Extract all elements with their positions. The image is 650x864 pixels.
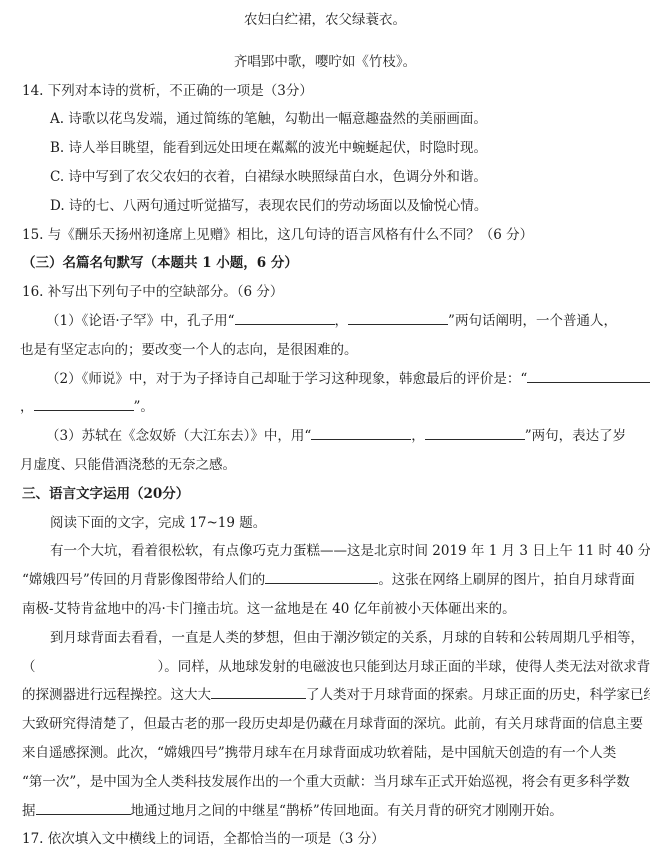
passage-paragraph-1-line-2: “嫦娥四号”传回的月背影像图带给人们的。这张在网络上刷屏的图片，拍自月球背面 (22, 566, 650, 595)
passage-paragraph-2-line-4: 大致研究得清楚了，但最古老的那一段历史却是仍藏在月球背面的深坑。此前，有关月球背… (22, 710, 650, 739)
answer-blank (34, 396, 134, 411)
poem-line-2: 齐唱郢中歌，嘤咛如《竹枝》。 (0, 48, 650, 77)
answer-blank (348, 310, 448, 325)
passage-text: （ (22, 659, 36, 675)
question-14-stem: 14. 下列对本诗的赏析，不正确的一项是（3分） (22, 77, 650, 106)
question-14-option-c: C. 诗中写到了农父农妇的衣着，白裙绿水映照绿苗白水，色调分外和谐。 (50, 163, 650, 192)
question-text: 17. 依次填入文中横线上的词语，全都恰当的一项是（3 分） (22, 831, 385, 847)
question-14-option-b: B. 诗人举目眺望，能看到远处田埂在粼粼的波光中蜿蜒起伏，时隐时现。 (50, 134, 650, 163)
item-text: ”两句，表达了岁 (525, 428, 626, 444)
passage-text: 来自遥感探测。此次，“嫦娥四号”携带月球车在月球背面成功软着陆，是中国航天创造的… (22, 745, 616, 761)
passage-text: “嫦娥四号”传回的月背影像图带给人们的 (22, 572, 265, 588)
question-16-stem: 16. 补写出下列句子中的空缺部分。（6 分） (22, 278, 650, 307)
section-header-dictation: （三）名篇名句默写（本题共 1 小题，6 分） (22, 249, 650, 278)
question-14-option-d: D. 诗的七、八两句通过听觉描写，表现农民们的劳动场面以及愉悦心情。 (50, 192, 650, 221)
item-text: （3）苏轼在《念奴娇（大江东去）》中，用“ (46, 428, 311, 444)
passage-paragraph-1-line-3: 南极-艾特肯盆地中的冯·卡门撞击坑。这一盆地是在 40 亿年前被小天体砸出来的。 (22, 595, 650, 624)
question-17-stem: 17. 依次填入文中横线上的词语，全都恰当的一项是（3 分） (22, 825, 650, 854)
passage-intro: 阅读下面的文字，完成 17~19 题。 (50, 509, 650, 538)
passage-text: 有一个大坑，看着很松软，有点像巧克力蛋糕——这是北京时间 2019 年 1 月 … (50, 543, 650, 559)
question-text: 14. 下列对本诗的赏析，不正确的一项是（3分） (22, 83, 313, 99)
passage-text: 。这张在网络上刷屏的图片，拍自月球背面 (378, 572, 635, 588)
poem-text: 齐唱郢中歌，嘤咛如《竹枝》。 (234, 54, 416, 70)
question-text: 15. 与《酬乐天扬州初逢席上见赠》相比，这几句诗的语言风格有什么不同？（6 分… (22, 227, 533, 243)
item-text: 也是有坚定志向的；要改变一个人的志向，是很困难的。 (20, 342, 358, 358)
section-title: （三）名篇名句默写（本题共 1 小题，6 分） (22, 255, 298, 271)
question-16-item-2-continuation: ，”。 (20, 393, 650, 422)
passage-text: 据 (22, 803, 36, 819)
answer-blank (527, 368, 650, 383)
passage-text: 的探测器进行远程操控。这大大 (22, 687, 211, 703)
question-16-item-1: （1）《论语·子罕》中，孔子用“，”两句话阐明，一个普通人， (46, 307, 650, 336)
answer-blank (425, 425, 525, 440)
passage-paragraph-2-line-5: 来自遥感探测。此次，“嫦娥四号”携带月球车在月球背面成功软着陆，是中国航天创造的… (22, 739, 650, 768)
item-text: ， (411, 428, 425, 444)
item-text: ”。 (134, 399, 154, 415)
question-16-item-1-continuation: 也是有坚定志向的；要改变一个人的志向，是很困难的。 (20, 336, 650, 365)
passage-paragraph-2-line-2: （）。同样，从地球发射的电磁波也只能到达月球正面的半球，使得人类无法对欲求背面 (22, 653, 650, 682)
section-title: 三、语言文字运用（20分） (22, 486, 189, 502)
option-text: C. 诗中写到了农父农妇的衣着，白裙绿水映照绿苗白水，色调分外和谐。 (50, 169, 487, 185)
poem-text: 农妇白纻裙，农父绿蓑衣。 (244, 12, 406, 28)
passage-text: 到月球背面去看看，一直是人类的梦想，但由于潮汐锁定的关系，月球的自转和公转周期几… (50, 630, 644, 646)
item-text: ”两句话阐明，一个普通人， (448, 313, 617, 329)
fill-in-blank (36, 800, 131, 815)
passage-text: 了人类对于月球背面的探索。月球正面的历史，科学家已经 (306, 687, 650, 703)
answer-blank (311, 425, 411, 440)
option-text: A. 诗歌以花鸟发端，通过简练的笔触，勾勒出一幅意趣盎然的美丽画面。 (50, 111, 487, 127)
poem-line-1: 农妇白纻裙，农父绿蓑衣。 (0, 6, 650, 35)
question-16-item-3: （3）苏轼在《念奴娇（大江东去）》中，用“，”两句，表达了岁 (46, 422, 650, 451)
question-text: 16. 补写出下列句子中的空缺部分。（6 分） (22, 284, 283, 300)
option-text: D. 诗的七、八两句通过听觉描写，表现农民们的劳动场面以及愉悦心情。 (50, 198, 487, 214)
passage-text: 大致研究得清楚了，但最古老的那一段历史却是仍藏在月球背面的深坑。此前，有关月球背… (22, 716, 643, 732)
question-16-item-3-continuation: 月虚度、只能借酒浇愁的无奈之感。 (20, 451, 650, 480)
exam-page: 农妇白纻裙，农父绿蓑衣。 齐唱郢中歌，嘤咛如《竹枝》。 14. 下列对本诗的赏析… (0, 0, 650, 864)
passage-paragraph-1-line-1: 有一个大坑，看着很松软，有点像巧克力蛋糕——这是北京时间 2019 年 1 月 … (50, 537, 650, 566)
question-16-item-2: （2）《师说》中，对于为子择诗自己却耻于学习这种现象，韩愈最后的评价是：“ (46, 365, 650, 394)
passage-text: ）。同样，从地球发射的电磁波也只能到达月球正面的半球，使得人类无法对欲求背面 (158, 659, 650, 675)
question-15-stem: 15. 与《酬乐天扬州初逢席上见赠》相比，这几句诗的语言风格有什么不同？（6 分… (22, 221, 650, 250)
item-text: （2）《师说》中，对于为子择诗自己却耻于学习这种现象，韩愈最后的评价是：“ (46, 371, 527, 387)
question-14-option-a: A. 诗歌以花鸟发端，通过简练的笔触，勾勒出一幅意趣盎然的美丽画面。 (50, 105, 650, 134)
item-text: （1）《论语·子罕》中，孔子用“ (46, 313, 235, 329)
passage-paragraph-2-line-3: 的探测器进行远程操控。这大大了人类对于月球背面的探索。月球正面的历史，科学家已经 (22, 681, 650, 710)
fill-in-blank (265, 569, 378, 584)
section-header-language-use: 三、语言文字运用（20分） (22, 480, 650, 509)
item-text: 月虚度、只能借酒浇愁的无奈之感。 (20, 457, 236, 473)
item-text: ， (335, 313, 349, 329)
fill-in-blank (211, 684, 306, 699)
item-text: ， (20, 399, 34, 415)
passage-text: 南极-艾特肯盆地中的冯·卡门撞击坑。这一盆地是在 40 亿年前被小天体砸出来的。 (22, 601, 516, 617)
passage-text: “第一次”，是中国为全人类科技发展作出的一个重大贡献：当月球车正式开始巡视，将会… (22, 774, 630, 790)
passage-paragraph-2-line-7: 据地通过地月之间的中继星“鹊桥”传回地面。有关月背的研究才刚刚开始。 (22, 797, 650, 826)
passage-paragraph-2-line-6: “第一次”，是中国为全人类科技发展作出的一个重大贡献：当月球车正式开始巡视，将会… (22, 768, 650, 797)
passage-text: 地通过地月之间的中继星“鹊桥”传回地面。有关月背的研究才刚刚开始。 (131, 803, 563, 819)
passage-paragraph-2-line-1: 到月球背面去看看，一直是人类的梦想，但由于潮汐锁定的关系，月球的自转和公转周期几… (50, 624, 650, 653)
option-text: B. 诗人举目眺望，能看到远处田埂在粼粼的波光中蜿蜒起伏，时隐时现。 (50, 140, 487, 156)
answer-blank (235, 310, 335, 325)
passage-text: 阅读下面的文字，完成 17~19 题。 (50, 515, 266, 531)
